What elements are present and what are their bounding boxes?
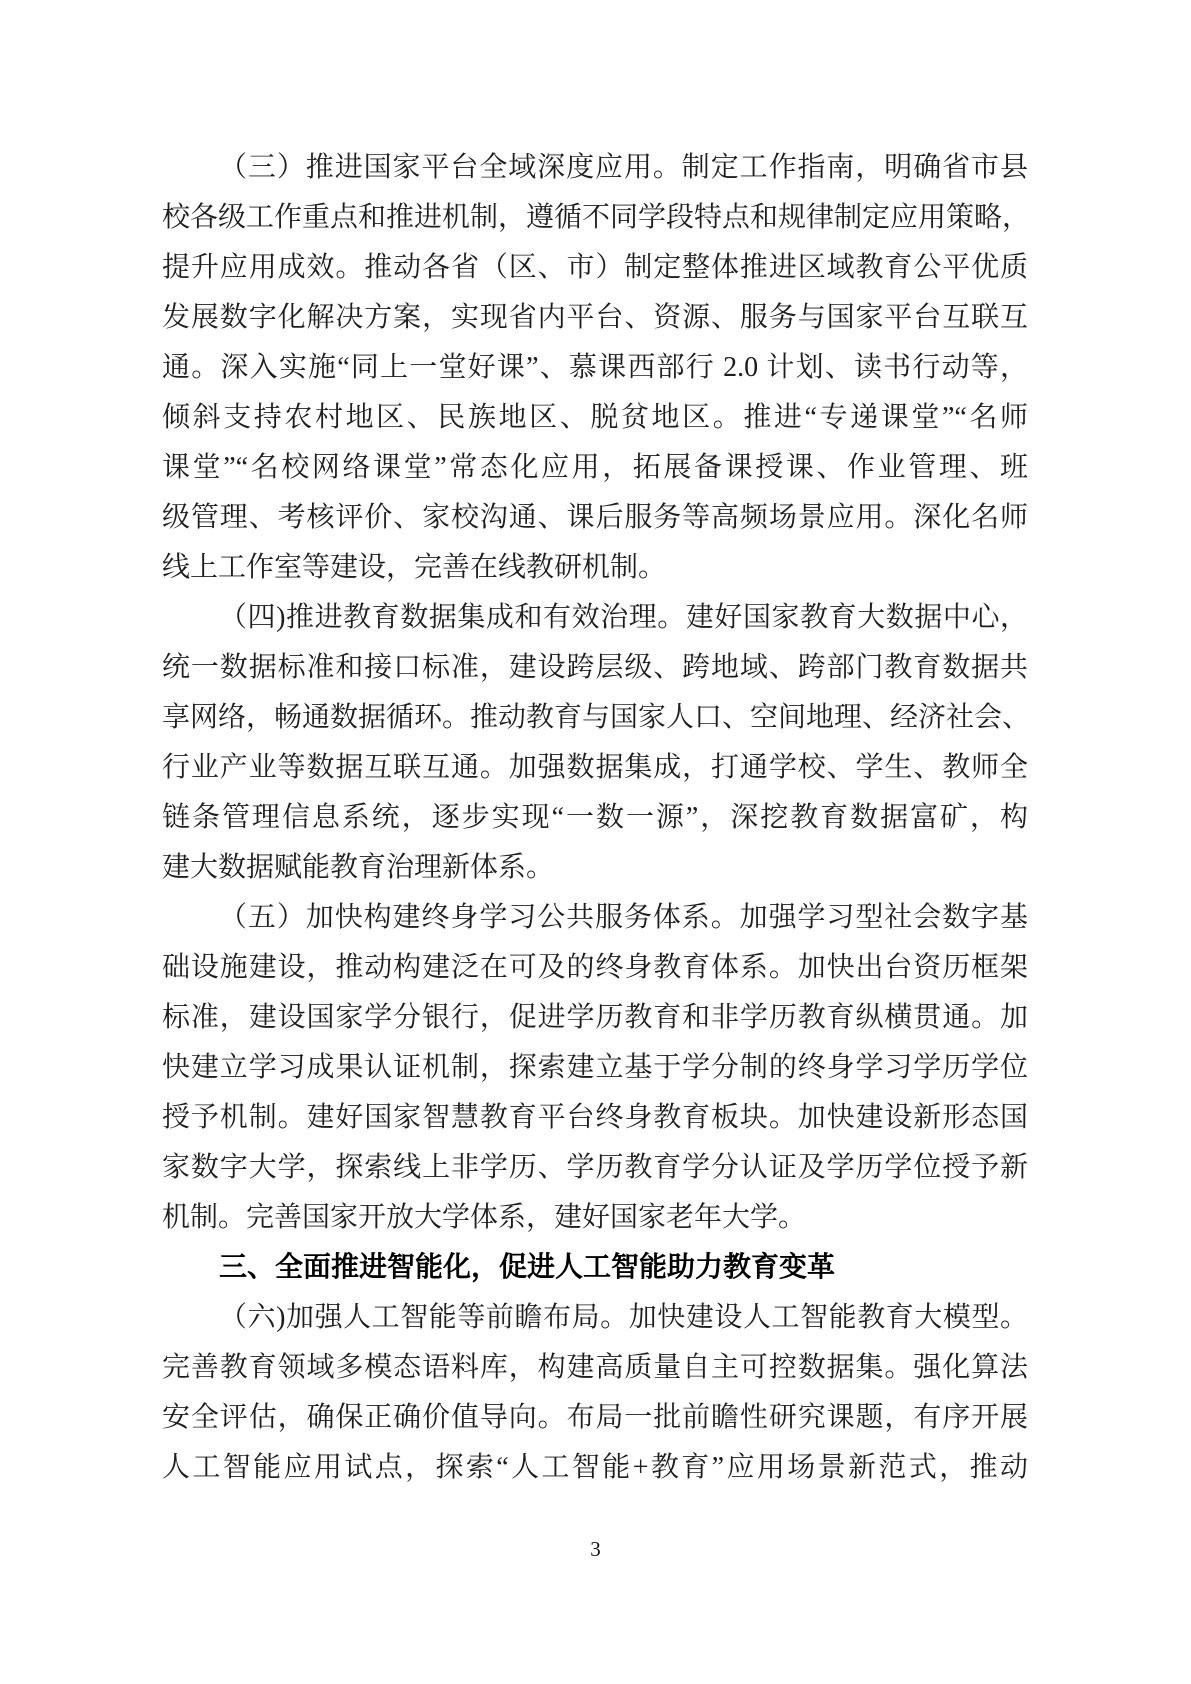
section-heading: 三、全面推进智能化，促进人工智能助力教育变革 bbox=[162, 1243, 1028, 1293]
text-line: 标准，建设国家学分银行，促进学历教育和非学历教育纵横贯通。加 bbox=[162, 993, 1028, 1043]
text-line: 快建立学习成果认证机制，探索建立基于学分制的终身学习学历学位 bbox=[162, 1043, 1028, 1093]
text-line: 人工智能应用试点，探索“人工智能+教育”应用场景新范式，推动 bbox=[162, 1443, 1028, 1493]
text-line: （五）加快构建终身学习公共服务体系。加强学习型社会数字基 bbox=[162, 893, 1028, 943]
document-page: （三）推进国家平台全域深度应用。制定工作指南，明确省市县校各级工作重点和推进机制… bbox=[0, 0, 1191, 1684]
text-line: 家数字大学，探索线上非学历、学历教育学分认证及学历学位授予新 bbox=[162, 1143, 1028, 1193]
text-line: 课堂”“名校网络课堂”常态化应用，拓展备课授课、作业管理、班 bbox=[162, 443, 1028, 493]
text-line: （三）推进国家平台全域深度应用。制定工作指南，明确省市县 bbox=[162, 143, 1028, 193]
text-line: 倾斜支持农村地区、民族地区、脱贫地区。推进“专递课堂”“名师 bbox=[162, 393, 1028, 443]
text-line: 础设施建设，推动构建泛在可及的终身教育体系。加快出台资历框架 bbox=[162, 943, 1028, 993]
text-line: 校各级工作重点和推进机制，遵循不同学段特点和规律制定应用策略， bbox=[162, 193, 1028, 243]
text-line: 提升应用成效。推动各省（区、市）制定整体推进区域教育公平优质 bbox=[162, 243, 1028, 293]
text-line: 建大数据赋能教育治理新体系。 bbox=[162, 843, 1028, 893]
text-line: 线上工作室等建设，完善在线教研机制。 bbox=[162, 543, 1028, 593]
text-line: 链条管理信息系统，逐步实现“一数一源”，深挖教育数据富矿，构 bbox=[162, 793, 1028, 843]
text-line: 发展数字化解决方案，实现省内平台、资源、服务与国家平台互联互 bbox=[162, 293, 1028, 343]
text-line: 授予机制。建好国家智慧教育平台终身教育板块。加快建设新形态国 bbox=[162, 1093, 1028, 1143]
text-line: 享网络，畅通数据循环。推动教育与国家人口、空间地理、经济社会、 bbox=[162, 693, 1028, 743]
text-line: （六)加强人工智能等前瞻布局。加快建设人工智能教育大模型。 bbox=[162, 1293, 1028, 1343]
text-line: （四)推进教育数据集成和有效治理。建好国家教育大数据中心， bbox=[162, 593, 1028, 643]
page-number: 3 bbox=[0, 1536, 1191, 1562]
text-line: 通。深入实施“同上一堂好课”、慕课西部行 2.0 计划、读书行动等， bbox=[162, 343, 1028, 393]
text-line: 完善教育领域多模态语料库，构建高质量自主可控数据集。强化算法 bbox=[162, 1343, 1028, 1393]
text-line: 机制。完善国家开放大学体系，建好国家老年大学。 bbox=[162, 1193, 1028, 1243]
text-line: 级管理、考核评价、家校沟通、课后服务等高频场景应用。深化名师 bbox=[162, 493, 1028, 543]
text-line: 行业产业等数据互联互通。加强数据集成，打通学校、学生、教师全 bbox=[162, 743, 1028, 793]
text-line: 安全评估，确保正确价值导向。布局一批前瞻性研究课题，有序开展 bbox=[162, 1393, 1028, 1443]
text-line: 统一数据标准和接口标准，建设跨层级、跨地域、跨部门教育数据共 bbox=[162, 643, 1028, 693]
document-body: （三）推进国家平台全域深度应用。制定工作指南，明确省市县校各级工作重点和推进机制… bbox=[162, 143, 1028, 1493]
